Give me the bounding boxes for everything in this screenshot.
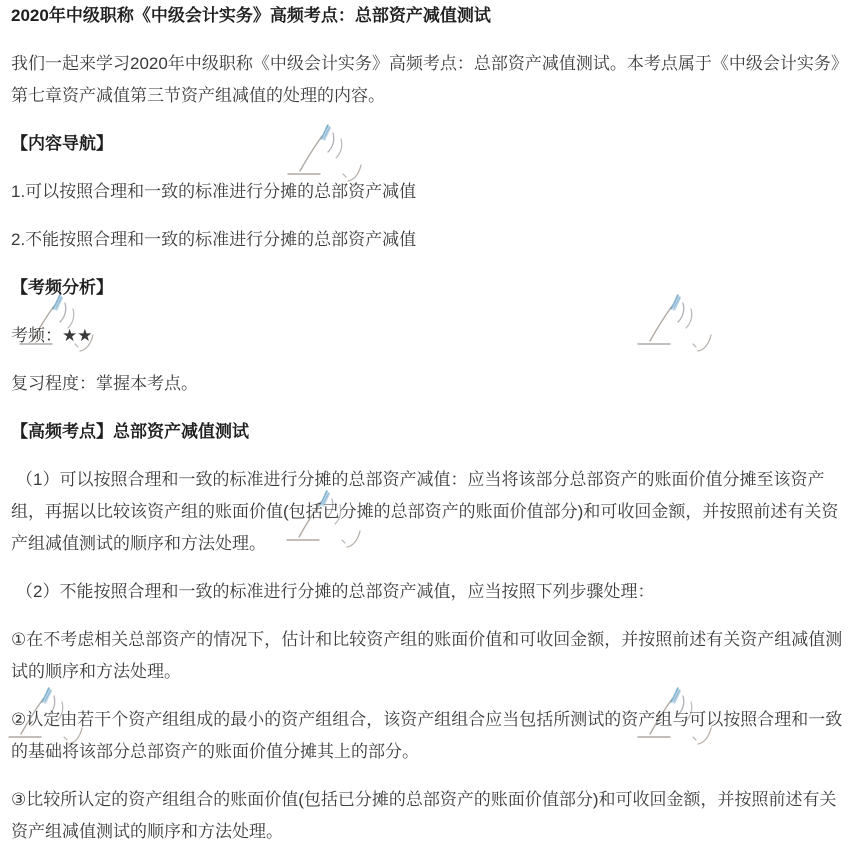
key-point-heading: 【高频考点】总部资产减值测试 — [11, 416, 851, 448]
key-point-step-2: ②认定由若干个资产组组成的最小的资产组组合，该资产组组合应当包括所测试的资产组与… — [11, 704, 851, 768]
key-point-step-1: ①在不考虑相关总部资产的情况下，估计和比较资产组的账面价值和可收回金额，并按照前… — [11, 624, 851, 688]
article-page: 2020年中级职称《中级会计实务》高频考点：总部资产减值测试 我们一起来学习20… — [0, 0, 861, 847]
key-point-paragraph-2: （2）不能按照合理和一致的标准进行分摊的总部资产减值，应当按照下列步骤处理： — [11, 576, 851, 608]
key-point-step-3: ③比较所认定的资产组组合的账面价值(包括已分摊的总部资产的账面价值部分)和可收回… — [11, 784, 851, 847]
article-title: 2020年中级职称《中级会计实务》高频考点：总部资产减值测试 — [11, 0, 851, 32]
exam-frequency-heading: 【考频分析】 — [11, 272, 851, 304]
review-level: 复习程度：掌握本考点。 — [11, 368, 851, 400]
key-point-paragraph-1: （1）可以按照合理和一致的标准进行分摊的总部资产减值：应当将该部分总部资产的账面… — [11, 464, 851, 560]
content-nav-heading: 【内容导航】 — [11, 128, 851, 160]
content-nav-item-2: 2.不能按照合理和一致的标准进行分摊的总部资产减值 — [11, 224, 851, 256]
exam-frequency-stars: 考频：★★ — [11, 320, 851, 352]
content-nav-item-1: 1.可以按照合理和一致的标准进行分摊的总部资产减值 — [11, 176, 851, 208]
intro-paragraph: 我们一起来学习2020年中级职称《中级会计实务》高频考点：总部资产减值测试。本考… — [11, 48, 851, 112]
